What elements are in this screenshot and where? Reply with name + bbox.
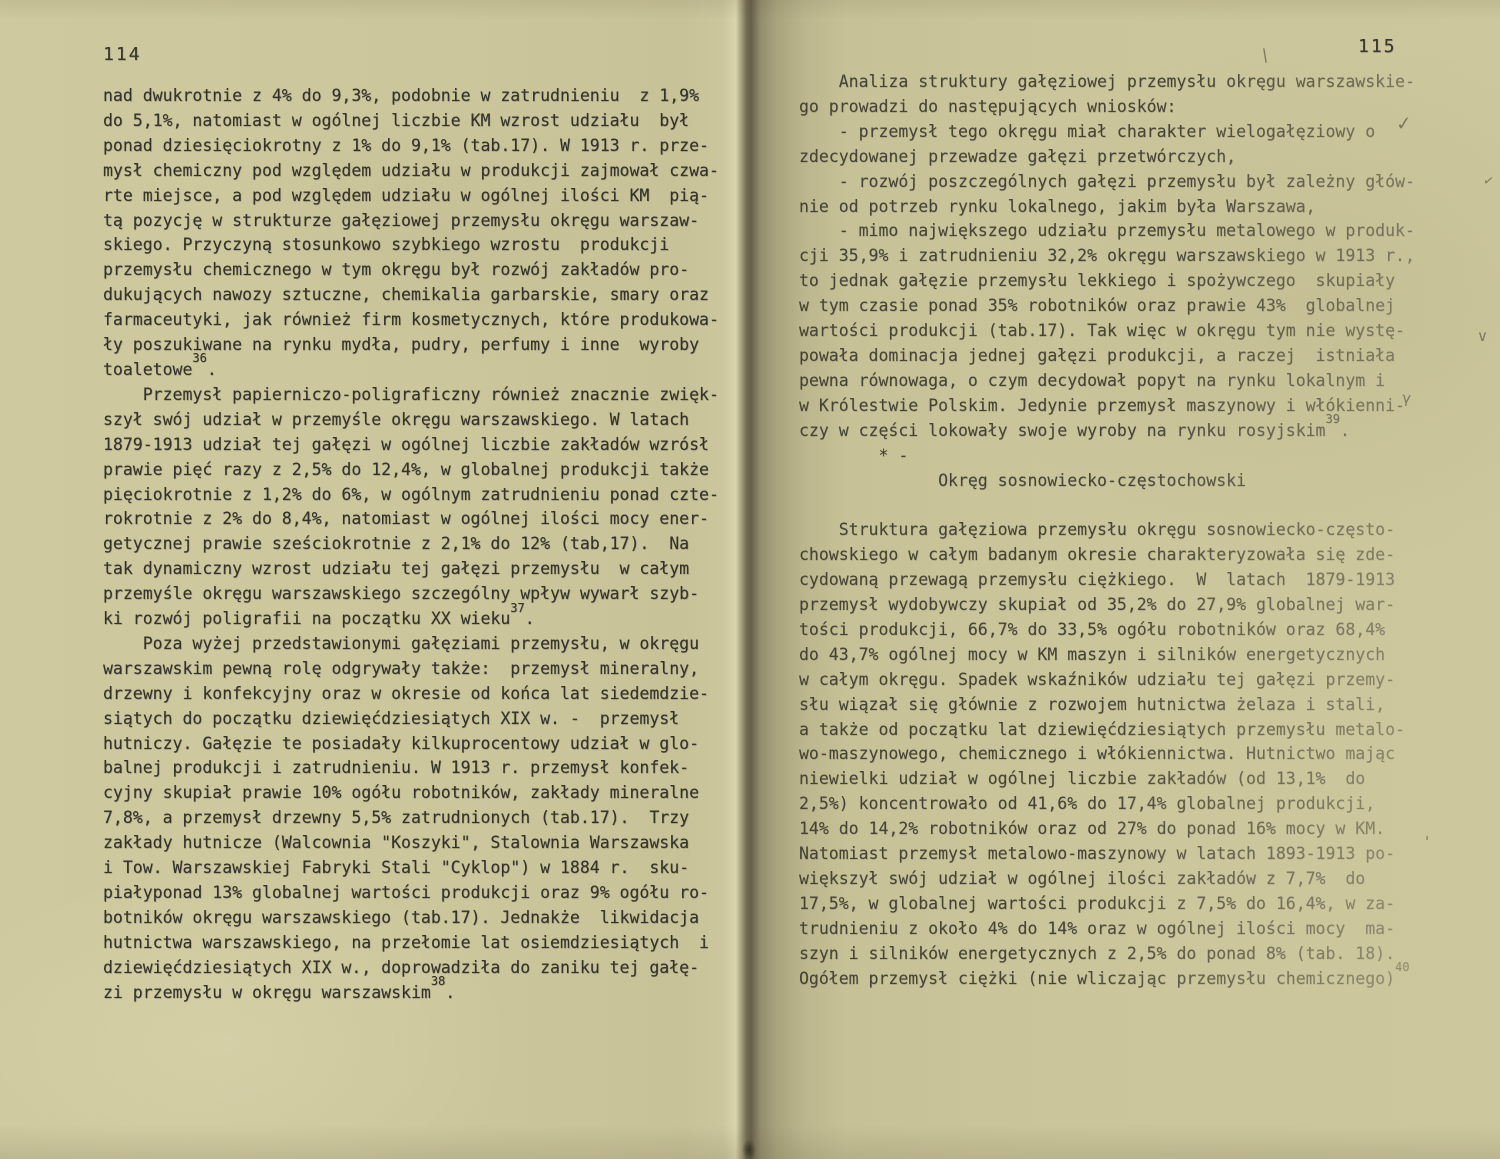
text-line: mysł chemiczny pod względem udziału w pr… — [103, 159, 719, 184]
text-line: szyn i silników energetycznych z 2,5% do… — [799, 942, 1415, 967]
text-line: w całym okręgu. Spadek wskaźników udział… — [799, 668, 1415, 693]
pencil-mark: ∨ — [1477, 327, 1488, 345]
text-line: pewna równowaga, o czym decydował popyt … — [799, 369, 1415, 394]
text-line: warszawskim pewną rolę odgrywały także: … — [103, 657, 719, 682]
text-line: Natomiast przemysł metalowo-maszynowy w … — [799, 842, 1415, 867]
text-line: zdecydowanej przewadze gałęzi przetwórcz… — [799, 145, 1415, 170]
text-line: nie od potrzeb rynku lokalnego, jakim by… — [799, 195, 1415, 220]
text-line: prawie pięć razy z 2,5% do 12,4%, w glob… — [103, 458, 719, 483]
text-line: 14% do 14,2% robotników oraz od 27% do p… — [799, 817, 1415, 842]
footnote-ref: 38 — [431, 974, 445, 988]
text-line: botników okręgu warszawskiego (tab.17). … — [103, 906, 719, 931]
text-line: a także od początku lat dziewięćdziesiąt… — [799, 718, 1415, 743]
text-line: 7,8%, a przemysł drzewny 5,5% zatrudnion… — [103, 806, 719, 831]
text-line: powała dominacja jednej gałęzi produkcji… — [799, 344, 1415, 369]
footnote-ref: 36 — [192, 351, 206, 365]
text-line: 17,5%, w globalnej wartości produkcji z … — [799, 892, 1415, 917]
text-line: siątych do początku dziewięćdziesiątych … — [103, 707, 719, 732]
text-line: trudnieniu z około 4% do 14% oraz w ogól… — [799, 917, 1415, 942]
text-line: w tym czasie ponad 35% robotników oraz p… — [799, 294, 1415, 319]
text-line: cyjny skupiał prawie 10% ogółu robotnikó… — [103, 781, 719, 806]
text-line: tości produkcji, 66,7% do 33,5% ogółu ro… — [799, 618, 1415, 643]
text-line: hutnictwa warszawskiego, na przełomie la… — [103, 931, 719, 956]
text-line: getycznej prawie sześciokrotnie z 2,1% d… — [103, 532, 719, 557]
text-line: przemysłu chemicznego w tym okręgu był r… — [103, 258, 719, 283]
text-line: cydowaną przewagą przemysłu ciężkiego. W… — [799, 568, 1415, 593]
text-line: * - — [799, 444, 1415, 469]
text-line: - mimo największego udziału przemysłu me… — [799, 219, 1415, 244]
text-line: go prowadzi do następujących wniosków: — [799, 95, 1415, 120]
text-line: słu wiązał się głównie z rozwojem hutnic… — [799, 693, 1415, 718]
text-line: przemyśle okręgu warszawskiego szczególn… — [103, 582, 719, 607]
text-line: Poza wyżej przedstawionymi gałęziami prz… — [103, 632, 719, 657]
text-line: - rozwój poszczególnych gałęzi przemysłu… — [799, 170, 1415, 195]
text-line: pięciokrotnie z 1,2% do 6%, w ogólnym za… — [103, 483, 719, 508]
text-line: do 5,1%, natomiast w ogólnej liczbie KM … — [103, 109, 719, 134]
text-line: to jednak gałęzie przemysłu lekkiego i s… — [799, 269, 1415, 294]
footnote-ref: 37 — [510, 601, 524, 615]
text-line: ki rozwój poligrafii na początku XX wiek… — [103, 607, 719, 632]
text-line: balnej produkcji i zatrudnieniu. W 1913 … — [103, 756, 719, 781]
text-line: cji 35,9% i zatrudnieniu 32,2% okręgu wa… — [799, 244, 1415, 269]
text-line: Analiza struktury gałęziowej przemysłu o… — [799, 70, 1415, 95]
text-line: rte miejsce, a pod względem udziału w og… — [103, 184, 719, 209]
text-line: wo-maszynowego, chemicznego i włókiennic… — [799, 742, 1415, 767]
text-line: przemysł wydobywczy skupiał od 35,2% do … — [799, 593, 1415, 618]
text-line: dukujących nawozy sztuczne, chemikalia g… — [103, 283, 719, 308]
right-page-text: Analiza struktury gałęziowej przemysłu o… — [799, 70, 1415, 992]
right-page-number: 115 — [1358, 36, 1397, 57]
text-line: ponad dziesięciokrotny z 1% do 9,1% (tab… — [103, 134, 719, 159]
text-line: tą pozycję w strukturze gałęziowej przem… — [103, 209, 719, 234]
text-line: zakłady hutnicze (Walcownia "Koszyki", S… — [103, 831, 719, 856]
text-line: drzewny i konfekcyjny oraz w okresie od … — [103, 682, 719, 707]
pencil-mark: ✓ — [1482, 173, 1495, 190]
text-line: szył swój udział w przemyśle okręgu wars… — [103, 408, 719, 433]
text-line: 1879-1913 udział tej gałęzi w ogólnej li… — [103, 433, 719, 458]
text-line: Okręg sosnowiecko-częstochowski — [799, 469, 1415, 494]
text-line: większył swój udział w ogólnej ilości za… — [799, 867, 1415, 892]
text-line: piałyponad 13% globalnej wartości produk… — [103, 881, 719, 906]
text-line: dziewięćdziesiątych XIX w., doprowadziła… — [103, 956, 719, 981]
text-line: Przemysł papierniczo-poligraficzny równi… — [103, 383, 719, 408]
text-line — [799, 493, 1415, 518]
left-page-number: 114 — [103, 44, 142, 65]
text-line: farmaceutyki, jak również firm kosmetycz… — [103, 308, 719, 333]
text-line: czy w części lokowały swoje wyroby na ry… — [799, 419, 1415, 444]
text-line: wartości produkcji (tab.17). Tak więc w … — [799, 319, 1415, 344]
text-line: nad dwukrotnie z 4% do 9,3%, podobnie w … — [103, 84, 719, 109]
text-line: w Królestwie Polskim. Jedynie przemysł m… — [799, 394, 1415, 419]
text-line: niewielki udział w ogólnej liczbie zakła… — [799, 767, 1415, 792]
text-line: do 43,7% ogólnej mocy w KM maszyn i siln… — [799, 643, 1415, 668]
footnote-ref: 39 — [1326, 412, 1340, 426]
text-line: zi przemysłu w okręgu warszawskim38. — [103, 981, 719, 1006]
text-line: Struktura gałęziowa przemysłu okręgu sos… — [799, 518, 1415, 543]
pencil-mark: ' — [1425, 833, 1429, 851]
text-line: i Tow. Warszawskiej Fabryki Stali "Cyklo… — [103, 856, 719, 881]
text-line: toaletowe36. — [103, 358, 719, 383]
text-line: - przemysł tego okręgu miał charakter wi… — [799, 120, 1415, 145]
text-line: 2,5%) koncentrowało od 41,6% do 17,4% gl… — [799, 792, 1415, 817]
text-line: hutniczy. Gałęzie te posiadały kilkuproc… — [103, 732, 719, 757]
text-line: skiego. Przyczyną stosunkowo szybkiego w… — [103, 233, 719, 258]
text-line: rokrotnie z 2% do 8,4%, natomiast w ogól… — [103, 507, 719, 532]
footnote-ref: 40 — [1395, 960, 1409, 974]
text-line: tak dynamiczny wzrost udziału tej gałęzi… — [103, 557, 719, 582]
book-scan: 114 nad dwukrotnie z 4% do 9,3%, podobni… — [0, 0, 1500, 1159]
pencil-mark: \ — [1261, 46, 1269, 67]
text-line: chowskiego w całym badanym okresie chara… — [799, 543, 1415, 568]
text-line: Ogółem przemysł ciężki (nie wliczając pr… — [799, 967, 1415, 992]
left-page-text: nad dwukrotnie z 4% do 9,3%, podobnie w … — [103, 84, 719, 1006]
